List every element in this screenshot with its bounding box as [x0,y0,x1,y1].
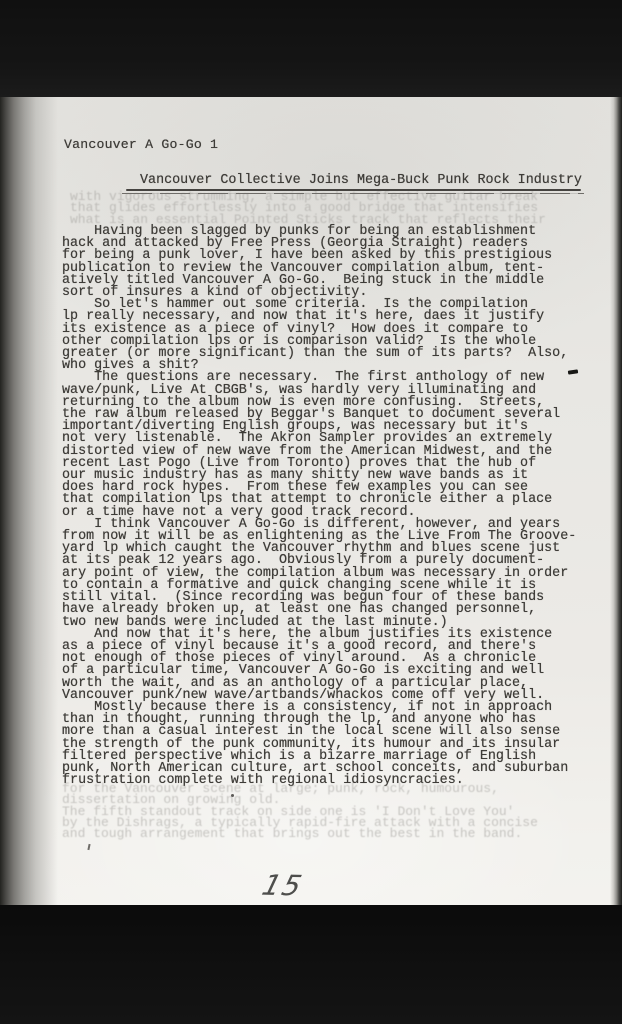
handwritten-page-number: 15 [259,869,307,903]
title-underline-secondary [122,193,584,194]
book-spine-shadow [0,97,58,905]
scan-bottom-border [0,905,622,1024]
scanned-page-photo: with vigorous strumming, a simple but ef… [0,0,622,1024]
magazine-page: with vigorous strumming, a simple but ef… [0,97,622,905]
article-title: Vancouver Collective Joins Mega-Buck Pun… [140,173,582,188]
ink-tick-mark [87,844,90,850]
ink-speck [231,794,234,797]
page-right-edge [610,97,622,905]
scan-top-border [0,0,622,97]
title-underline-primary [126,189,581,191]
bleedthrough-text-bottom: for the Vancouver scene at large; punk, … [62,783,538,839]
bleedthrough-text-top: with vigorous strumming, a simple but ef… [70,191,546,225]
ink-dash-mark [568,369,578,374]
running-head: Vancouver A Go-Go 1 [64,137,218,152]
article-body: Having been slagged by punks for being a… [62,226,576,787]
